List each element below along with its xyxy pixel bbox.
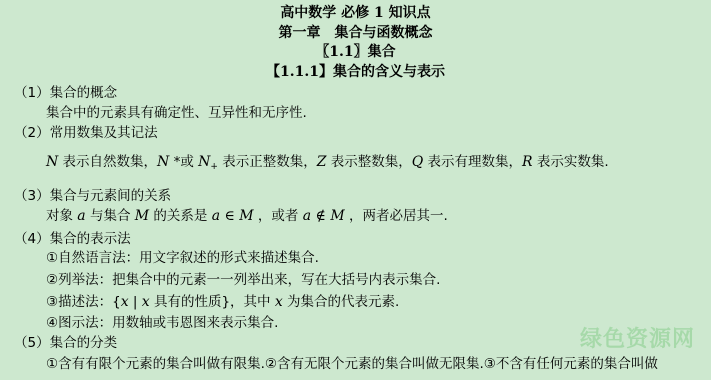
text-fragment: 的关系是 <box>149 208 212 224</box>
section-4-item-1: ①自然语言法：用文字叙述的形式来描述集合. <box>46 248 319 268</box>
section-1-text: 集合中的元素具有确定性、互异性和无序性. <box>46 103 307 123</box>
section-5-heading: （5）集合的分类 <box>14 333 117 353</box>
section-1-heading: （1）集合的概念 <box>14 83 117 103</box>
math-symbol: Q <box>412 154 423 170</box>
section-3-text: 对象 a 与集合 M 的关系是 a ∈ M ，或者 a ∉ M ，两者必居其一. <box>46 206 448 226</box>
text-fragment: 表示整数集， <box>326 154 411 170</box>
text-fragment: 与集合 <box>86 208 135 224</box>
text-fragment: ，两者必居其一. <box>345 208 448 224</box>
section-2-text: N 表示自然数集，N *或 N+ 表示正整数集，Z 表示整数集，Q 表示有理数集… <box>46 152 609 177</box>
text-fragment: 对象 <box>46 208 77 224</box>
text-fragment: ，或者 <box>254 208 303 224</box>
section-4-heading: （4）集合的表示法 <box>14 229 131 249</box>
math-symbol: M <box>135 208 149 224</box>
text-fragment: 表示自然数集， <box>58 154 157 170</box>
math-symbol: N <box>157 154 169 170</box>
section-4-item-3: ③描述法：{x | x 具有的性质}，其中 x 为集合的代表元素. <box>46 292 399 312</box>
math-symbol: a <box>77 208 85 224</box>
text-fragment: 表示有理数集， <box>423 154 522 170</box>
main-title: 高中数学 必修 1 知识点 <box>0 3 711 23</box>
math-expression: a ∉ M <box>303 208 345 224</box>
text-fragment: 具有的性质}，其中 <box>150 294 275 310</box>
text-fragment: | <box>129 294 142 310</box>
math-symbol: Z <box>317 154 327 170</box>
math-symbol: x <box>275 294 283 310</box>
text-fragment: 表示实数集. <box>533 154 609 170</box>
section-3-heading: （3）集合与元素间的关系 <box>14 186 171 206</box>
math-symbol: N <box>46 154 58 170</box>
text-fragment: ③描述法：{ <box>46 294 121 310</box>
section-2-heading: （2）常用数集及其记法 <box>14 123 158 143</box>
subsection-title: 【1.1.1】集合的含义与表示 <box>0 62 711 82</box>
section-5-text: ①含有有限个元素的集合叫做有限集.②含有无限个元素的集合叫做无限集.③不含有任何… <box>46 354 658 374</box>
math-symbol: x <box>121 294 129 310</box>
subscript: + <box>210 162 218 172</box>
math-expression: a ∈ M <box>212 208 254 224</box>
section-4-item-2: ②列举法：把集合中的元素一一列举出来，写在大括号内表示集合. <box>46 270 440 290</box>
text-fragment: 为集合的代表元素. <box>283 294 400 310</box>
math-symbol: R <box>522 154 533 170</box>
math-symbol: N <box>198 154 210 170</box>
section-title: 〖1.1〗集合 <box>0 42 711 62</box>
text-fragment: *或 <box>169 154 198 170</box>
math-symbol: x <box>142 294 150 310</box>
text-fragment: 表示正整数集， <box>218 154 317 170</box>
section-4-item-4: ④图示法：用数轴或韦恩图来表示集合. <box>46 313 278 333</box>
chapter-title: 第一章 集合与函数概念 <box>0 23 711 43</box>
watermark-logo: 绿色资源网 <box>580 322 695 353</box>
